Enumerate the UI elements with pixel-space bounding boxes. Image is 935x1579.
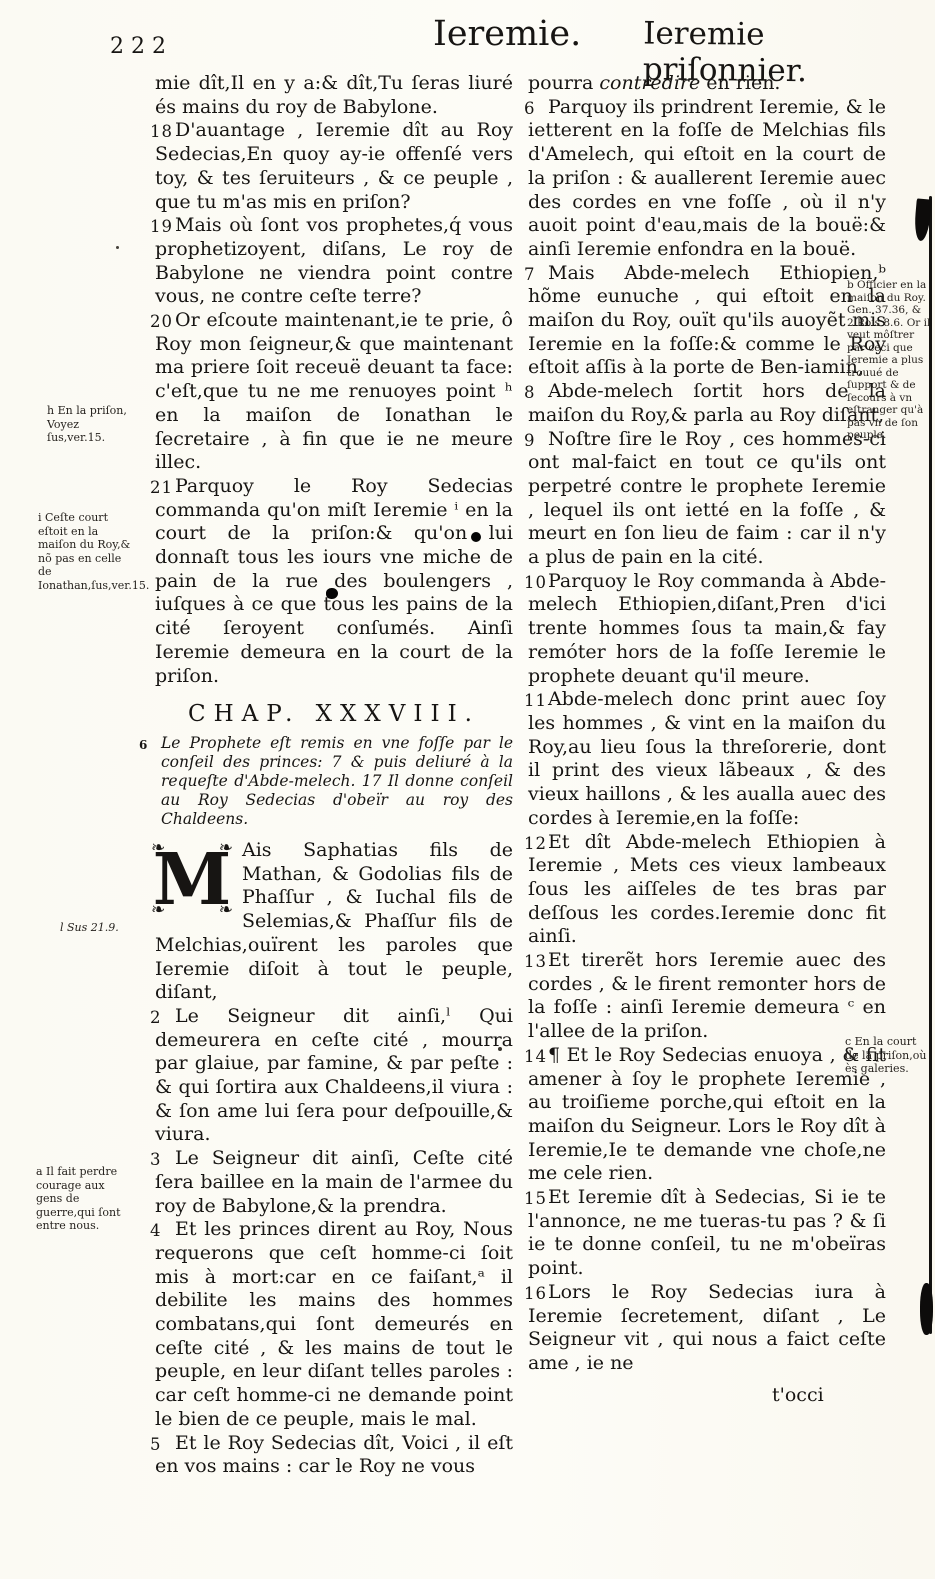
chapter-heading: CHAP. XXXVIII. <box>155 703 513 727</box>
verse: 11Abde-melech donc print auec ſoy les ho… <box>528 688 886 830</box>
verse: 4Et les princes dirent au Roy, Nous requ… <box>155 1218 513 1431</box>
verse-text: Parquoy le Roy Sedecias commanda qu'on m… <box>155 475 513 687</box>
verse-number: 3 <box>130 1148 162 1172</box>
verse-text: Mais où ſont vos prophetes,q́ vous proph… <box>155 214 513 307</box>
verse: 19Mais où ſont vos prophetes,q́ vous pro… <box>155 214 513 309</box>
book-page: 222 Ieremie. Ieremie priſonnier. mie dît… <box>0 0 935 1579</box>
margin-note-a: a Il fait perdre courage aux gens de gue… <box>36 1165 133 1233</box>
ink-smudge <box>920 1283 933 1335</box>
verse-text: Et dît Abde-melech Ethiopien à Ieremie ,… <box>528 831 886 948</box>
continuation-pre: pourra <box>528 72 599 94</box>
verse-continuation: mie dît,Il en y a:& dît,Tu ſeras liuré é… <box>155 72 513 119</box>
verse-list-6-16: 6Parquoy ils prindrent Ieremie, & le iet… <box>528 96 886 1376</box>
verse-number: 5 <box>130 1433 162 1457</box>
verse-text: Parquoy ils prindrent Ieremie, & le iett… <box>528 96 886 260</box>
verse: 7Mais Abde-melech Ethiopien,ᵇ hõme eunuc… <box>528 262 886 381</box>
verse-number: 7 <box>504 263 536 287</box>
continuation-italic: contredire <box>599 72 700 94</box>
verse-text: ¶ Et le Roy Sedecias enuoya , & fit amen… <box>528 1044 886 1185</box>
verse-text: Abde-melech donc print auec ſoy les homm… <box>528 688 886 829</box>
verse: 9Noſtre ſire le Roy , ces hommes-ci ont … <box>528 428 886 570</box>
verse: 12Et dît Abde-melech Ethiopien à Ieremie… <box>528 831 886 950</box>
verse: 2Le Seigneur dit ainſi,ˡ Qui demeurera e… <box>155 1005 513 1147</box>
chapter-argument: 6Le Prophete eſt remis en vne foſſe par … <box>161 734 513 829</box>
paper-speck <box>116 246 119 249</box>
verse: 14¶ Et le Roy Sedecias enuoya , & fit am… <box>528 1044 886 1186</box>
verse-text: Noſtre ſire le Roy , ces hommes-ci ont m… <box>528 428 886 569</box>
verse-text: Lors le Roy Sedecias iura à Ieremie ſecr… <box>528 1281 886 1374</box>
verse: 18D'auantage , Ieremie dît au Roy Sedeci… <box>155 119 513 214</box>
verse-number: 20 <box>130 310 173 334</box>
verse-number: 6 <box>504 97 536 121</box>
verse-number: 2 <box>130 1006 162 1030</box>
verse-text: Parquoy le Roy commanda à Abde-melech Et… <box>528 570 886 687</box>
fleuron-icon: ❧ <box>151 840 165 857</box>
verse-number: 18 <box>130 120 173 144</box>
page-number: 222 <box>110 34 173 59</box>
verse-text: Mais Abde-melech Ethiopien,ᵇ hõme eunuch… <box>528 262 886 379</box>
ink-blot <box>471 532 481 542</box>
verse: 8Abde-melech ſortit hors de la maiſon du… <box>528 380 886 427</box>
verse: 10Parquoy le Roy commanda à Abde-melech … <box>528 570 886 689</box>
running-title-center: Ieremie. <box>433 14 581 54</box>
verse-text: Le Seigneur dit ainſi,ˡ Qui demeurera en… <box>155 1005 513 1146</box>
verse-number: 14 <box>504 1045 547 1069</box>
catchword: t'occi <box>772 1384 824 1406</box>
paper-speck <box>498 1047 502 1051</box>
verse-1: ❧ ❧ ❧ ❧ M Ais Saphatias fils de Mathan, … <box>155 839 513 1005</box>
verse-text: Et les princes dirent au Roy, Nous reque… <box>155 1218 513 1430</box>
verse-text: Et tirerẽt hors Ieremie auec des cordes … <box>528 949 886 1042</box>
verse: 6Parquoy ils prindrent Ieremie, & le iet… <box>528 96 886 262</box>
verse: 16Lors le Roy Sedecias iura à Ieremie ſe… <box>528 1281 886 1376</box>
verse-number: 10 <box>504 571 547 595</box>
verse-number: 8 <box>504 381 536 405</box>
verse-list-2-5: 2Le Seigneur dit ainſi,ˡ Qui demeurera e… <box>155 1005 513 1479</box>
continuation-post: en rien. <box>700 72 780 94</box>
fleuron-icon: ❧ <box>151 902 165 919</box>
verse-number: 16 <box>504 1282 547 1306</box>
verse: 15Et Ieremie dît à Sedecias, Si ie te l'… <box>528 1186 886 1281</box>
verse-number: 19 <box>130 215 173 239</box>
ink-blot <box>326 588 338 599</box>
left-column: mie dît,Il en y a:& dît,Tu ſeras liuré é… <box>155 72 513 1479</box>
fleuron-icon: ❧ <box>219 840 233 857</box>
verse-number: 11 <box>504 689 547 713</box>
verse-list-18-21: 18D'auantage , Ieremie dît au Roy Sedeci… <box>155 119 513 688</box>
verse-number: 21 <box>130 476 173 500</box>
verse-text: D'auantage , Ieremie dît au Roy Sedecias… <box>155 119 513 212</box>
verse-text: Et le Roy Sedecias dît, Voici , il eſt e… <box>155 1432 513 1478</box>
verse-text: Abde-melech ſortit hors de la maiſon du … <box>528 380 886 426</box>
margin-note-l: l Sus 21.9. <box>60 921 140 935</box>
margin-note-c: c En la court de la priſon,où ès galerie… <box>845 1035 933 1076</box>
verse: 20Or eſcoute maintenant,ie te prie, ô Ro… <box>155 309 513 475</box>
verse: 21Parquoy le Roy Sedecias commanda qu'on… <box>155 475 513 688</box>
argument-text: Le Prophete eſt remis en vne foſſe par l… <box>161 734 513 828</box>
verse-number: 15 <box>504 1187 547 1211</box>
binding-edge-line <box>929 196 932 1334</box>
verse-continuation: pourra contredire en rien. <box>528 72 886 96</box>
verse-text: Or eſcoute maintenant,ie te prie, ô Roy … <box>155 309 513 473</box>
verse-number: 12 <box>504 832 547 856</box>
verse: 3Le Seigneur dit ainſi, Ceſte cité ſera … <box>155 1147 513 1218</box>
verse-number: 9 <box>504 429 536 453</box>
fleuron-icon: ❧ <box>219 902 233 919</box>
verse-text: Le Seigneur dit ainſi, Ceſte cité ſera b… <box>155 1147 513 1216</box>
verse-text: Et Ieremie dît à Sedecias, Si ie te l'an… <box>528 1186 886 1279</box>
dropcap-initial: ❧ ❧ ❧ ❧ M <box>151 843 233 917</box>
verse: 5Et le Roy Sedecias dît, Voici , il eſt … <box>155 1432 513 1479</box>
verse: 13Et tirerẽt hors Ieremie auec des corde… <box>528 949 886 1044</box>
margin-note-b: b Officier en la maiſon du Roy. Gen. 37.… <box>847 279 933 442</box>
verse-number: 4 <box>130 1219 162 1243</box>
margin-note-h: h En la priſon, Voyez ſus,ver.15. <box>47 404 131 445</box>
argument-marker: 6 <box>139 736 147 755</box>
right-column: pourra contredire en rien. 6Parquoy ils … <box>528 72 886 1376</box>
verse-number: 13 <box>504 950 547 974</box>
margin-note-i: i Ceſte court eſtoit en la maiſon du Roy… <box>38 511 132 592</box>
